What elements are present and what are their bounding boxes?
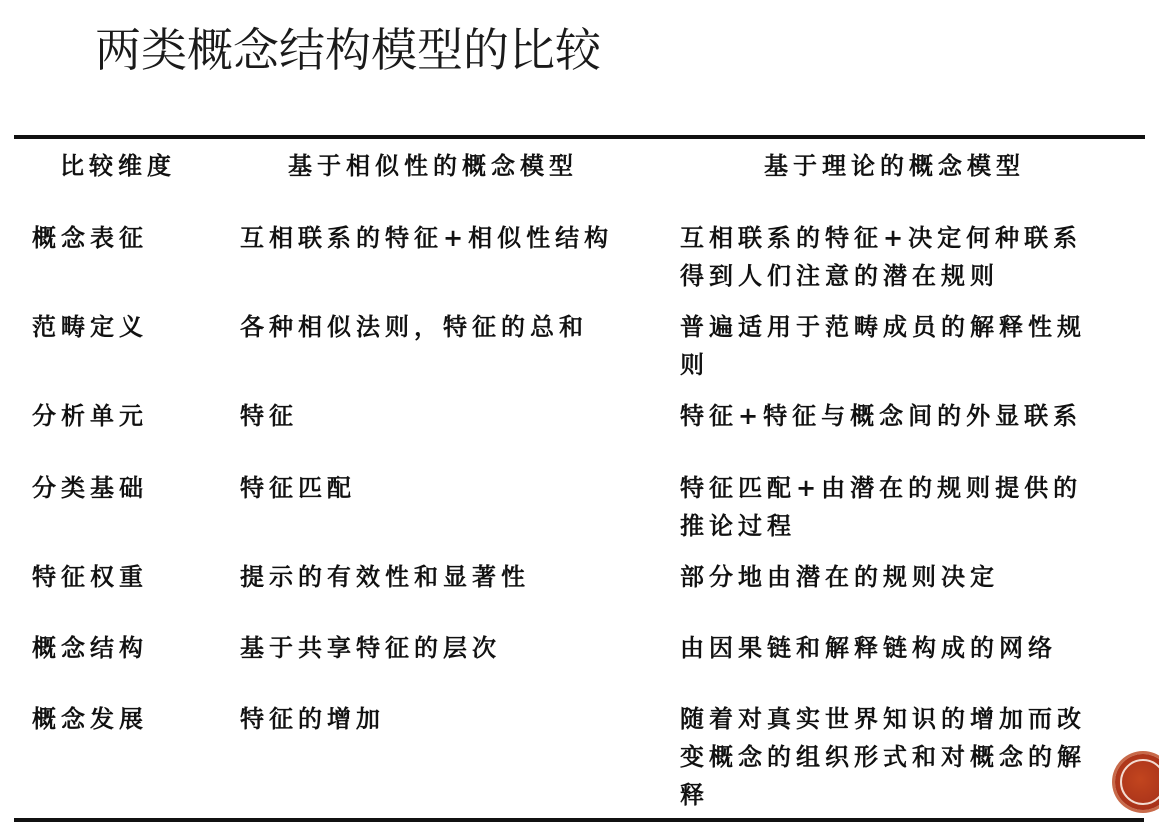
row-similarity: 特征的增加: [240, 700, 385, 738]
header-dimension: 比较维度: [60, 147, 176, 185]
slide-title: 两类概念结构模型的比较: [95, 14, 601, 80]
row-theory-line: 推论过程: [680, 507, 796, 545]
row-similarity: 提示的有效性和显著性: [240, 558, 530, 596]
row-dimension: 概念结构: [32, 629, 148, 667]
table-bottom-rule: [14, 818, 1144, 822]
row-theory-line: 则: [680, 346, 709, 384]
row-theory-line: 部分地由潜在的规则决定: [680, 558, 999, 596]
row-similarity: 互相联系的特征+相似性结构: [240, 219, 613, 257]
row-similarity: 基于共享特征的层次: [240, 629, 501, 667]
row-theory-line: 由因果链和解释链构成的网络: [680, 629, 1057, 667]
row-theory-line: 释: [680, 776, 709, 814]
row-theory-line: 特征匹配+由潜在的规则提供的: [680, 469, 1082, 507]
decorative-circle-icon: [1115, 754, 1159, 810]
row-similarity: 各种相似法则，特征的总和: [240, 308, 588, 346]
row-theory-line: 普遍适用于范畴成员的解释性规: [680, 308, 1086, 346]
row-theory-line: 变概念的组织形式和对概念的解: [680, 738, 1086, 776]
row-dimension: 分类基础: [32, 469, 148, 507]
row-theory-line: 互相联系的特征+决定何种联系: [680, 219, 1082, 257]
header-theory-model: 基于理论的概念模型: [764, 147, 1025, 185]
row-similarity: 特征匹配: [240, 469, 356, 507]
table-top-rule: [14, 135, 1145, 139]
row-dimension: 范畴定义: [32, 308, 148, 346]
row-theory-line: 得到人们注意的潜在规则: [680, 257, 999, 295]
row-dimension: 概念表征: [32, 219, 148, 257]
row-similarity: 特征: [240, 397, 298, 435]
header-similarity-model: 基于相似性的概念模型: [288, 147, 578, 185]
row-theory-line: 特征+特征与概念间的外显联系: [680, 397, 1082, 435]
row-dimension: 概念发展: [32, 700, 148, 738]
row-dimension: 特征权重: [32, 558, 148, 596]
row-theory-line: 随着对真实世界知识的增加而改: [680, 700, 1086, 738]
row-dimension: 分析单元: [32, 397, 148, 435]
